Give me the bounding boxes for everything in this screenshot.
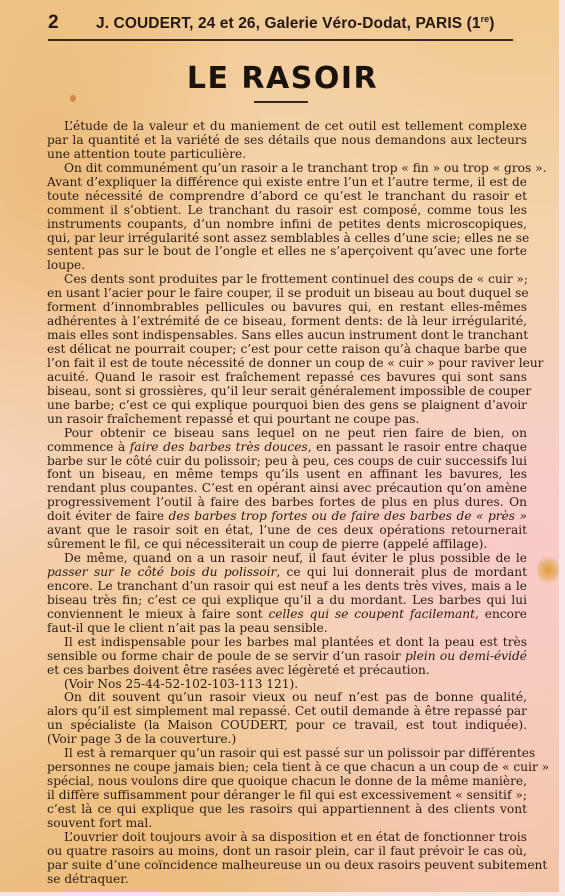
italic-run: celles qui se coupent facilemant bbox=[268, 607, 475, 621]
text-line: spécial, nous voulons dire que quoique c… bbox=[47, 775, 527, 789]
text-line: et ces barbes doivent être rasées avec l… bbox=[47, 664, 527, 678]
text-line: adhérentes à l’extrémité de ce biseau, f… bbox=[47, 315, 527, 329]
text-line: loupe. bbox=[47, 259, 527, 273]
text-line: font un biseau, en même temps qu’ils use… bbox=[47, 468, 527, 482]
text-line: L’étude de la valeur et du maniement de … bbox=[47, 120, 527, 134]
text-line: acuité. Quand le rasoir est fraîchement … bbox=[47, 371, 527, 385]
text-line: Ces dents sont produites par le frotteme… bbox=[47, 273, 527, 287]
title-rule bbox=[254, 101, 308, 103]
text-line: barbe sur le côté cuir du polissoir; peu… bbox=[47, 455, 527, 469]
text-line: alors qu’il est simplement mal repassé. … bbox=[47, 705, 527, 719]
text-line: faut-il que le client n’ait pas la peau … bbox=[47, 622, 527, 636]
page-title: LE RASOIR bbox=[0, 61, 565, 96]
text-line: qui, par leur irrégularité sont assez se… bbox=[47, 232, 527, 246]
text-line: biseau, sont si grossières, qu’il leur s… bbox=[47, 385, 527, 399]
text-line: c’est là ce qui explique que les rasoirs… bbox=[47, 803, 527, 817]
text-line: il diffère suffisamment pour déranger le… bbox=[47, 789, 527, 803]
text-run: conviennent le mieux à faire sont bbox=[47, 607, 268, 621]
text-line: par suite d’une coïncidence malheureuse … bbox=[47, 859, 527, 873]
text-line: un rasoir fraîchement repassé et qui pou… bbox=[47, 413, 527, 427]
text-line: personnes ne coupe jamais bien; cela tie… bbox=[47, 761, 527, 775]
text-line: en usant l’acier pour le faire couper, i… bbox=[47, 287, 527, 301]
text-line: L’ouvrier doit toujours avoir à sa dispo… bbox=[47, 831, 527, 845]
text-run: , ce qui lui donnerait plus de mordant bbox=[276, 565, 527, 579]
masthead-superscript: re bbox=[481, 14, 490, 24]
paper-stain bbox=[537, 555, 559, 585]
page-edge bbox=[559, 0, 565, 896]
text-line: progressivement l’outil à faire des barb… bbox=[47, 496, 527, 510]
italic-run: des barbes trop fortes ou de faire des b… bbox=[169, 509, 527, 523]
text-line: De même, quand on a un rasoir neuf, il f… bbox=[47, 552, 527, 566]
text-line: conviennent le mieux à faire sont celles… bbox=[47, 608, 527, 622]
text-line: Il est à remarquer qu’un rasoir qui est … bbox=[47, 747, 527, 761]
text-line: comment il s’obtient. Le tranchant du ra… bbox=[47, 204, 527, 218]
article-body: L’étude de la valeur et du maniement de … bbox=[47, 120, 527, 887]
text-line: se détraquer. bbox=[47, 873, 527, 887]
text-line: commence à faire des barbes très douces,… bbox=[47, 441, 527, 455]
text-line: sûrement le fil, ce qui nécessiterait un… bbox=[47, 538, 527, 552]
masthead-text: J. COUDERT, 24 et 26, Galerie Véro-Dodat… bbox=[96, 15, 481, 32]
text-line: (Voir Nos 25-44-52-102-103-113 121). bbox=[47, 678, 527, 692]
text-line: par la quantité et la variété de ses dét… bbox=[47, 134, 527, 148]
text-line: souvent fort mal. bbox=[47, 817, 527, 831]
text-line: ou quatre rasoirs au moins, dont un raso… bbox=[47, 845, 527, 859]
publisher-masthead: J. COUDERT, 24 et 26, Galerie Véro-Dodat… bbox=[96, 14, 495, 33]
text-line: avant que le rasoir soit en état, l’une … bbox=[47, 524, 527, 538]
text-run: commence à bbox=[47, 440, 130, 454]
text-line: est délicat ne pourrait couper; c’est po… bbox=[47, 343, 527, 357]
text-line: forment d’innombrables pellicules ou bav… bbox=[47, 301, 527, 315]
text-line: une attention toute particulière. bbox=[47, 148, 527, 162]
text-line: toute nécessité de comprendre d’abord ce… bbox=[47, 190, 527, 204]
text-line: un spécialiste (la Maison COUDERT, pour … bbox=[47, 719, 527, 733]
text-line: sentent pas sur le bout de l’ongle et el… bbox=[47, 245, 527, 259]
text-line: Avant d’expliquer la différence qui exis… bbox=[47, 176, 527, 190]
header-rule bbox=[48, 39, 513, 41]
italic-run: passer sur le côté bois du polissoir bbox=[47, 565, 276, 579]
text-line: biseau très fin; c’est ce qui explique q… bbox=[47, 594, 527, 608]
paper-stain bbox=[70, 95, 76, 102]
text-line: sensible ou forme chair de poule de se s… bbox=[47, 650, 527, 664]
text-run: doit éviter de faire bbox=[47, 509, 169, 523]
text-line: (Voir page 3 de la couverture.) bbox=[47, 733, 527, 747]
text-line: passer sur le côté bois du polissoir, ce… bbox=[47, 566, 527, 580]
text-run: , en passant le rasoir entre chaque bbox=[308, 440, 527, 454]
text-run: , encore bbox=[475, 607, 527, 621]
text-line: On dit communément qu’un rasoir a le tra… bbox=[47, 162, 527, 176]
running-header: 2 J. COUDERT, 24 et 26, Galerie Véro-Dod… bbox=[48, 8, 512, 36]
text-line: Pour obtenir ce biseau sans lequel on ne… bbox=[47, 427, 527, 441]
italic-run: plein ou demi-évidé bbox=[405, 649, 527, 663]
text-line: mais elles sont indispensables. Sans ell… bbox=[47, 329, 527, 343]
italic-run: faire des barbes très douces bbox=[130, 440, 308, 454]
text-line: On dit souvent qu’un rasoir vieux ou neu… bbox=[47, 691, 527, 705]
page-number: 2 bbox=[48, 12, 59, 34]
text-line: rendant plus coupantes. C’est en opérant… bbox=[47, 482, 527, 496]
text-line: encore. Le tranchant d’un rasoir qui est… bbox=[47, 580, 527, 594]
masthead-close: ) bbox=[489, 15, 494, 32]
text-run: sensible ou forme chair de poule de se s… bbox=[47, 649, 405, 663]
text-line: l’on fait il est de toute nécessité de d… bbox=[47, 357, 527, 371]
text-line: une barbe; c’est ce qui explique pourquo… bbox=[47, 399, 527, 413]
page-edge bbox=[0, 892, 565, 896]
text-line: Il est indispensable pour les barbes mal… bbox=[47, 636, 527, 650]
text-line: doit éviter de faire des barbes trop for… bbox=[47, 510, 527, 524]
text-line: instruments coupants, d’un nombre infini… bbox=[47, 218, 527, 232]
